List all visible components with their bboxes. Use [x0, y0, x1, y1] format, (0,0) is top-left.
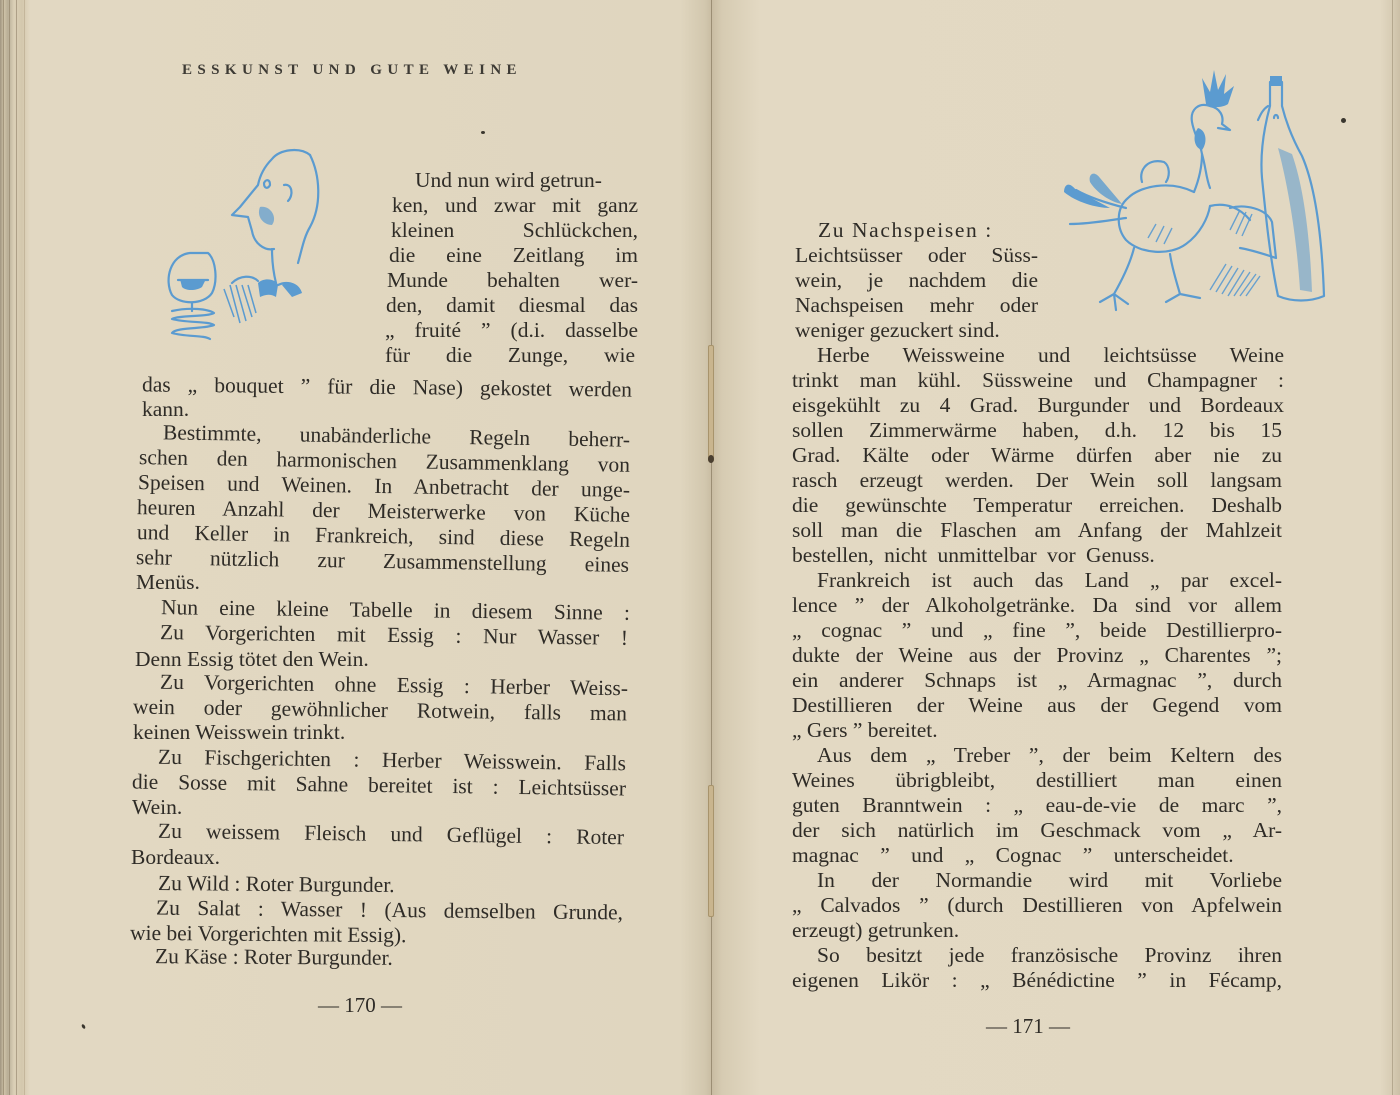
text-line: kleinen Schlückchen,: [391, 218, 638, 243]
text-line: Leichtsüsser oder Süss-: [795, 243, 1038, 268]
ink-speck: [481, 131, 485, 134]
man-with-brandy-glass-illustration: [160, 145, 320, 345]
text-line: Wein.: [132, 795, 182, 820]
ink-speck: [1341, 118, 1346, 123]
text-line: Destillieren der Weine aus der Gegend vo…: [792, 693, 1282, 718]
page-number: — 171 —: [986, 1014, 1070, 1039]
text-line: erzeugt) getrunken.: [792, 918, 959, 943]
text-line: Zu Käse : Roter Burgunder.: [155, 944, 393, 971]
text-line: sollen Zimmerwärme haben, d.h. 12 bis 15: [792, 418, 1282, 443]
text-line: In der Normandie wird mit Vorliebe: [817, 868, 1282, 893]
text-line: Munde behalten wer-: [387, 268, 638, 293]
text-line: ein anderer Schnaps ist „ Armagnac ”, du…: [792, 668, 1282, 693]
text-line: Nachspeisen mehr oder: [795, 293, 1038, 318]
text-line: rasch erzeugt werden. Der Wein soll lang…: [792, 468, 1282, 493]
text-line: keinen Weisswein trinkt.: [133, 720, 345, 745]
text-line: für die Zunge, wie: [385, 343, 635, 368]
text-line: Denn Essig tötet den Wein.: [135, 647, 369, 672]
text-line: „ Calvados ” (durch Destillieren von Apf…: [792, 893, 1282, 918]
text-line: Und nun wird getrun-: [415, 168, 638, 193]
text-line: die gewünschte Temperatur erreichen. Des…: [792, 493, 1282, 518]
right-page: Zu Nachspeisen : Leichtsüsser oder Süss-…: [712, 0, 1400, 1095]
text-line: eigenen Likör : „ Bénédictine ” in Fécam…: [792, 968, 1282, 993]
ink-speck: [81, 1024, 86, 1030]
text-line: dukte der Weine aus der Provinz „ Charen…: [792, 643, 1282, 668]
text-line: Frankreich ist auch das Land „ par excel…: [817, 568, 1282, 593]
text-line: soll man die Flaschen am Anfang der Mahl…: [792, 518, 1282, 543]
text-line: eisgekühlt zu 4 Grad. Burgunder und Bord…: [792, 393, 1284, 418]
text-line: bestellen, nicht unmittelbar vor Genuss.: [792, 543, 1155, 568]
text-line: „ cognac ” und „ fine ”, beide Destillie…: [792, 618, 1282, 643]
text-line: Zu Wild : Roter Burgunder.: [158, 871, 395, 898]
text-line: magnac ” und „ Cognac ” unterscheidet.: [792, 843, 1234, 868]
text-line: Grad. Kälte oder Wärme dürfen aber nie z…: [792, 443, 1282, 468]
rooster-and-wine-bottle-illustration: [1030, 58, 1350, 318]
text-line: Zu weissem Fleisch und Geflügel : Roter: [158, 819, 624, 851]
text-line: die eine Zeitlang im: [389, 243, 638, 268]
text-line: das „ bouquet ” für die Nase) gekostet w…: [142, 372, 632, 402]
text-line: Bordeaux.: [131, 845, 220, 870]
text-line: guten Branntwein : „ eau-de-vie de marc …: [792, 793, 1282, 818]
text-line: Aus dem „ Treber ”, der beim Keltern des: [817, 743, 1282, 768]
text-line: ken, und zwar mit ganz: [392, 193, 638, 218]
text-line: wein, je nachdem die: [795, 268, 1038, 293]
text-line: So besitzt jede französische Provinz ihr…: [817, 943, 1282, 968]
text-line: „ fruité ” (d.i. dasselbe: [385, 318, 638, 343]
running-head: ESSKUNST UND GUTE WEINE: [182, 62, 522, 79]
text-line: lence ” der Alkoholgetränke. Da sind vor…: [792, 593, 1282, 618]
text-line: weniger gezuckert sind.: [795, 318, 1000, 343]
text-line: der sich natürlich im Geschmack vom „ Ar…: [792, 818, 1282, 843]
text-line: Herbe Weissweine und leichtsüsse Weine: [817, 343, 1284, 368]
text-line: „ Gers ” bereitet.: [792, 718, 938, 743]
text-line: Weines übrigbleibt, destilliert man eine…: [792, 768, 1282, 793]
text-line: Menüs.: [136, 570, 200, 595]
text-line: trinkt man kühl. Süssweine und Champagne…: [792, 368, 1284, 393]
text-line: Zu Nachspeisen :: [818, 218, 993, 243]
open-book-spread: ESSKUNST UND GUTE WEINE: [0, 0, 1400, 1095]
page-number: — 170 —: [318, 993, 402, 1018]
text-line: den, damit diesmal das: [386, 293, 638, 318]
text-line: kann.: [142, 397, 189, 422]
left-page: ESSKUNST UND GUTE WEINE: [0, 0, 712, 1095]
